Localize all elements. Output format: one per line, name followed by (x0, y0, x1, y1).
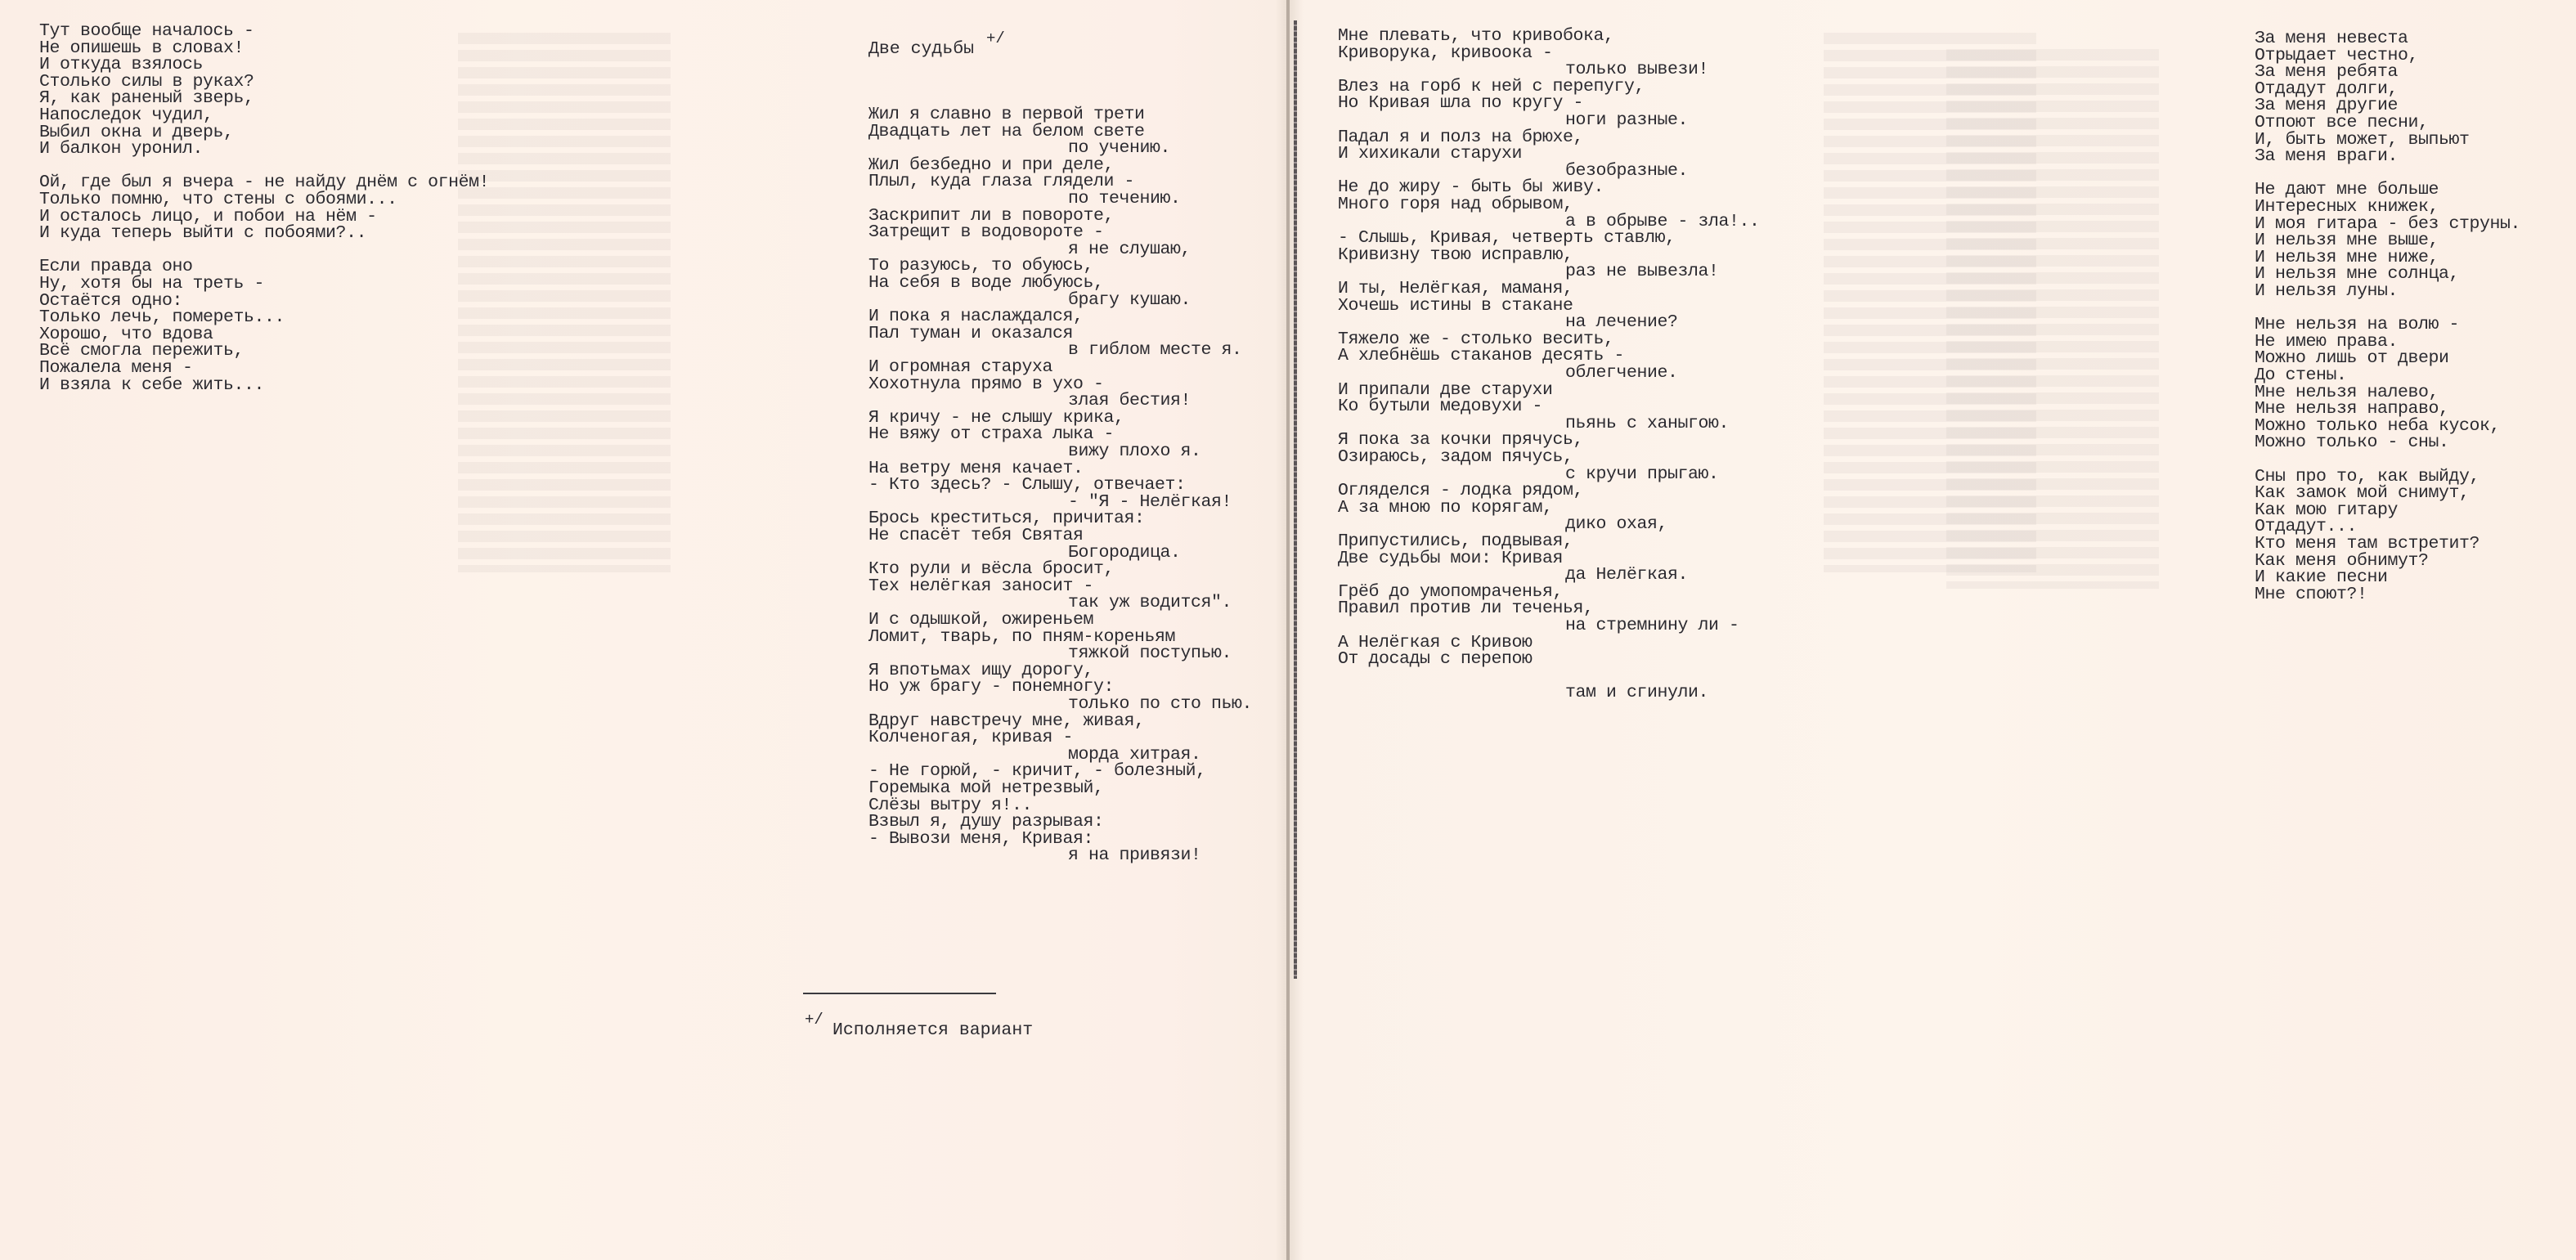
bleed-through-text (1946, 49, 2159, 589)
verse-line: И нельзя луны. (2255, 283, 2398, 300)
verse-line: пьянь с ханыгою. (1565, 415, 1729, 433)
verse-line: с кручи прыгаю. (1565, 466, 1719, 483)
verse-line: И куда теперь выйти с побоями?.. (39, 225, 366, 242)
verse-line: До стены. (2255, 367, 2347, 384)
verse-line: ноги разные. (1565, 112, 1688, 129)
verse-line: Можно только - сны. (2255, 434, 2449, 451)
verse-line: Криворука, кривоока - (1338, 45, 1553, 62)
verse-line: на стремнину ли - (1565, 617, 1739, 634)
bleed-through-text (458, 33, 671, 572)
verse-line: Правил против ли теченья, (1338, 600, 1594, 617)
verse-line: Интересных книжек, (2255, 199, 2439, 216)
title-footnote-mark: +/ (986, 29, 1005, 47)
verse-line: по течению. (1068, 191, 1181, 208)
verse-line: И балкон уронил. (39, 141, 203, 158)
verse-line: И огромная старуха (868, 359, 1052, 376)
verse-line: И с одышкой, ожиреньем (868, 612, 1093, 629)
verse-line: Мне плевать, что кривобока, (1338, 28, 1614, 45)
verse-line: Пал туман и оказался (868, 325, 1073, 343)
spine-stitching (1294, 20, 1297, 979)
verse-line: там и сгинули. (1565, 684, 1708, 702)
verse-line: Не спасёт тебя Святая (868, 527, 1084, 545)
verse-line: На себя в воде любуюсь, (868, 275, 1104, 292)
verse-line: Кривизну твою исправлю, (1338, 247, 1573, 264)
verse-line: А за мною по корягам, (1338, 500, 1553, 517)
verse-line: Две судьбы мои: Кривая (1338, 550, 1563, 567)
verse-line: брагу кушаю. (1068, 292, 1191, 309)
verse-line: только по сто пью. (1068, 696, 1252, 713)
verse-line: Ну, хотя бы на треть - (39, 276, 264, 293)
verse-line: Напоследок чудил, (39, 107, 213, 124)
verse-line: вижу плохо я. (1068, 443, 1201, 460)
verse-line: облегчение. (1565, 365, 1678, 382)
verse-line: За меня невеста (2255, 30, 2408, 47)
verse-line: Припустились, подвывая, (1338, 533, 1573, 550)
verse-line: И взяла к себе жить... (39, 377, 264, 394)
verse-line: Жил я славно в первой трети (868, 106, 1145, 123)
verse-line: И ты, Нелёгкая, маманя, (1338, 280, 1573, 298)
verse-line: За меня враги. (2255, 148, 2398, 165)
verse-line: Ко бутыли медовухи - (1338, 398, 1542, 415)
verse-line: да Нелёгкая. (1565, 567, 1688, 584)
verse-line: Отпоют все песни, (2255, 114, 2429, 132)
verse-line: Кто меня там встретит? (2255, 536, 2480, 553)
verse-line: Тут вообще началось - (39, 23, 254, 40)
verse-line: в гиблом месте я. (1068, 342, 1242, 359)
verse-line: - Вывози меня, Кривая: (868, 831, 1093, 848)
verse-line: Горемыка мой нетрезвый, (868, 780, 1104, 797)
verse-line: Хочешь истины в стакане (1338, 298, 1573, 315)
verse-line: Тех нелёгкая заносит - (868, 578, 1093, 595)
footnote-divider (803, 993, 996, 994)
verse-line: дико охая, (1565, 516, 1667, 533)
poem-title: Две судьбы (868, 39, 974, 59)
book-spine (1286, 0, 1290, 1260)
verse-line: Озираюсь, задом пячусь, (1338, 449, 1573, 466)
footnote-mark: +/ (805, 1011, 824, 1029)
verse-line: Мне споют?! (2255, 586, 2367, 603)
verse-line: От досады с перепою (1338, 651, 1533, 668)
verse-line: И хихикали старухи (1338, 146, 1522, 163)
footnote-text: Исполняется вариант (832, 1020, 1033, 1040)
verse-line: я на привязи! (1068, 847, 1201, 864)
verse-line: Только помню, что стены с обоями... (39, 191, 397, 209)
verse-line: Колченогая, кривая - (868, 729, 1073, 747)
verse-line: раз не вывезла! (1565, 263, 1719, 280)
verse-line: Пожалела меня - (39, 360, 193, 377)
verse-line: Много горя над обрывом, (1338, 196, 1573, 213)
verse-line: Но Кривая шла по кругу - (1338, 95, 1583, 112)
